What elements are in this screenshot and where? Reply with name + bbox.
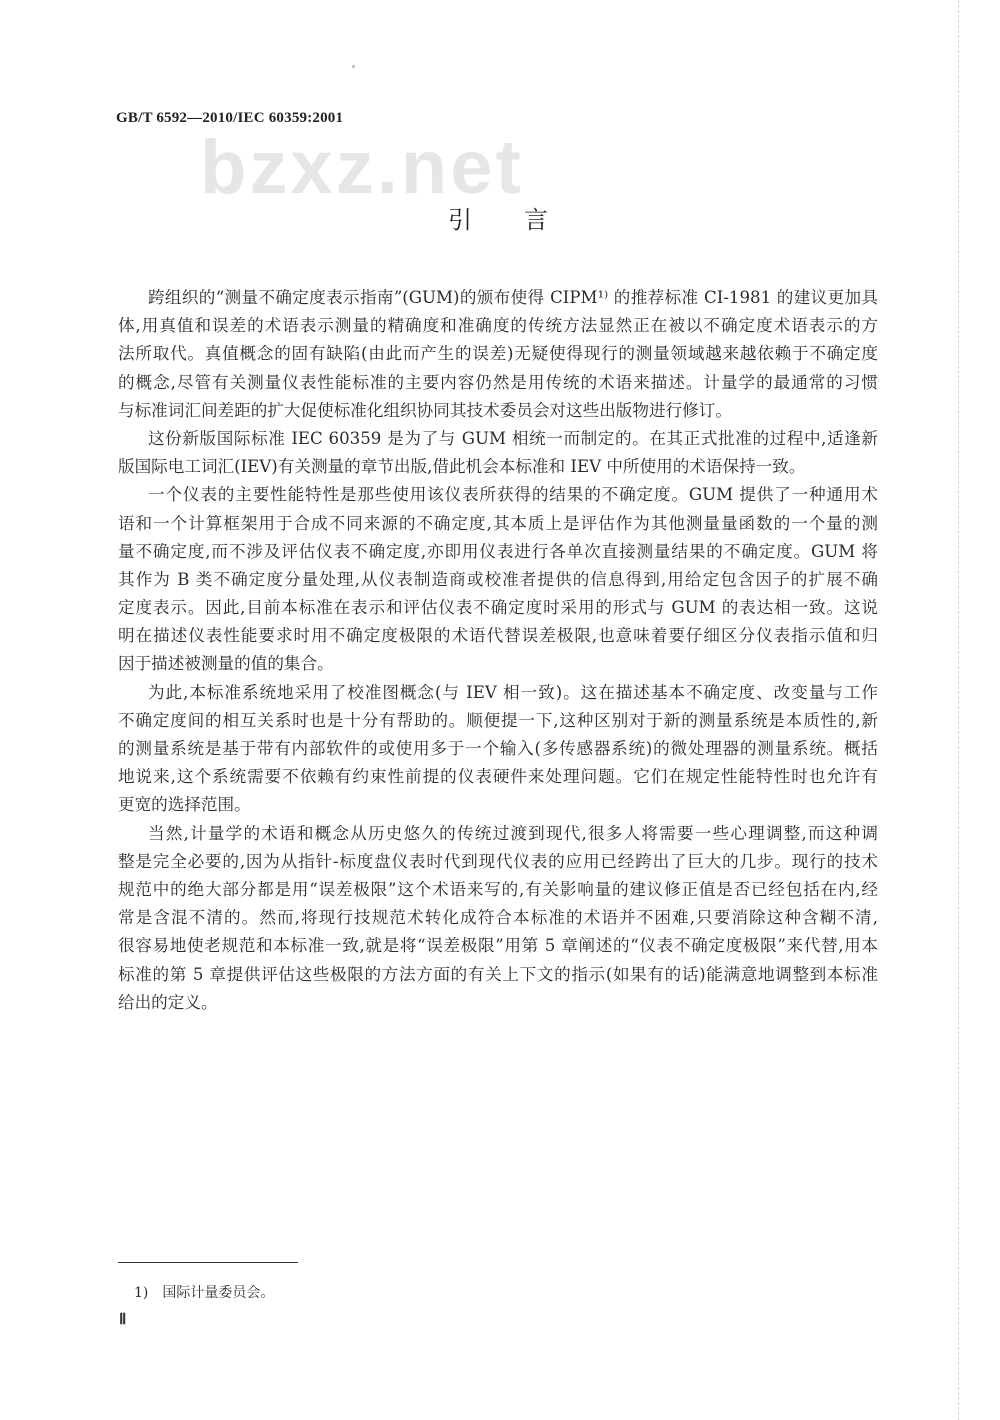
title-char-2: 言 — [524, 200, 548, 235]
watermark: bzxz.net — [200, 130, 524, 206]
page-number: Ⅱ — [119, 1310, 126, 1329]
text-line: 体,用真值和误差的术语表示测量的精确度和准确度的传统方法显然正在被以不确定度术语… — [118, 312, 878, 340]
paragraph-3: 一个仪表的主要性能特性是那些使用该仪表所获得的结果的不确定度。GUM 提供了一种… — [118, 481, 878, 678]
footnote-text: 国际计量委员会。 — [162, 1285, 274, 1301]
footnote-divider — [118, 1262, 298, 1263]
text-line: 更宽的选择范围。 — [118, 791, 878, 819]
text-line: 定度表示。因此,目前本标准在表示和评估仪表不确定度时采用的形式与 GUM 的表达… — [118, 594, 878, 622]
text-line: 为此,本标准系统地采用了校准图概念(与 IEV 相一致)。这在描述基本不确定度、… — [118, 679, 878, 707]
text-line: 常是含混不清的。然而,将现行技规范术转化成符合本标准的术语并不困难,只要消除这种… — [118, 904, 878, 932]
text-line: 法所取代。真值概念的固有缺陷(由此而产生的误差)无疑使得现行的测量领域越来越依赖… — [118, 340, 878, 368]
text-line: 一个仪表的主要性能特性是那些使用该仪表所获得的结果的不确定度。GUM 提供了一种… — [118, 481, 878, 509]
scan-speck — [352, 65, 355, 68]
footnote: 1)国际计量委员会。 — [134, 1282, 274, 1302]
text-line: 地说来,这个系统需要不依赖有约束性前提的仪表硬件来处理问题。它们在规定性能特性时… — [118, 763, 878, 791]
text-line: 规范中的绝大部分都是用“误差极限”这个术语来写的,有关影响量的建议修正值是否已经… — [118, 876, 878, 904]
paragraph-2: 这份新版国际标准 IEC 60359 是为了与 GUM 相统一而制定的。在其正式… — [118, 425, 878, 481]
text-line: 给出的定义。 — [118, 989, 878, 1017]
text-line: 不确定度间的相互关系时也是十分有帮助的。顺便提一下,这种区别对于新的测量系统是本… — [118, 707, 878, 735]
text-line: 这份新版国际标准 IEC 60359 是为了与 GUM 相统一而制定的。在其正式… — [118, 425, 878, 453]
text-line: 量不确定度,而不涉及评估仪表不确定度,亦即用仪表进行各单次直接测量结果的不确定度… — [118, 538, 878, 566]
text-line: 版国际电工词汇(IEV)有关测量的章节出版,借此机会本标准和 IEV 中所使用的… — [118, 453, 878, 481]
document-page: GB/T 6592—2010/IEC 60359:2001 bzxz.net 引… — [0, 0, 1000, 1420]
text-line: 的测量系统是基于带有内部软件的或使用多于一个输入(多传感器系统)的微处理器的测量… — [118, 735, 878, 763]
paragraph-4: 为此,本标准系统地采用了校准图概念(与 IEV 相一致)。这在描述基本不确定度、… — [118, 679, 878, 820]
text-line: 明在描述仪表性能要求时用不确定度极限的术语代替误差极限,也意味着要仔细区分仪表指… — [118, 622, 878, 650]
footnote-marker: 1) — [134, 1285, 148, 1301]
text-line: 整是完全必要的,因为从指针-标度盘仪表时代到现代仪表的应用已经跨出了巨大的几步。… — [118, 848, 878, 876]
text-line: 与标准词汇间差距的扩大促使标准化组织协同其技术委员会对这些出版物进行修订。 — [118, 397, 878, 425]
scan-edge-line — [958, 0, 959, 1420]
text-line: 因于描述被测量的值的集合。 — [118, 650, 878, 678]
text-line: 很容易地使老规范和本标准一致,就是将“误差极限”用第 5 章阐述的“仪表不确定度… — [118, 932, 878, 960]
paragraph-5: 当然,计量学的术语和概念从历史悠久的传统过渡到现代,很多人将需要一些心理调整,而… — [118, 820, 878, 1017]
text-line: 标准的第 5 章提供评估这些极限的方法方面的有关上下文的指示(如果有的话)能满意… — [118, 961, 878, 989]
text-line: 跨组织的“测量不确定度表示指南”(GUM)的颁布使得 CIPM¹⁾ 的推荐标准 … — [118, 284, 878, 312]
text-line: 语和一个计算框架用于合成不同来源的不确定度,其本质上是评估作为其他测量量函数的一… — [118, 510, 878, 538]
introduction-body: 跨组织的“测量不确定度表示指南”(GUM)的颁布使得 CIPM¹⁾ 的推荐标准 … — [118, 284, 878, 1017]
text-line: 其作为 B 类不确定度分量处理,从仪表制造商或校准者提供的信息得到,用给定包含因… — [118, 566, 878, 594]
text-line: 的概念,尽管有关测量仪表性能标准的主要内容仍然是用传统的术语来描述。计量学的最通… — [118, 369, 878, 397]
paragraph-1: 跨组织的“测量不确定度表示指南”(GUM)的颁布使得 CIPM¹⁾ 的推荐标准 … — [118, 284, 878, 425]
page-title: 引言 — [448, 200, 548, 235]
text-line: 当然,计量学的术语和概念从历史悠久的传统过渡到现代,很多人将需要一些心理调整,而… — [118, 820, 878, 848]
title-char-1: 引 — [448, 200, 472, 235]
